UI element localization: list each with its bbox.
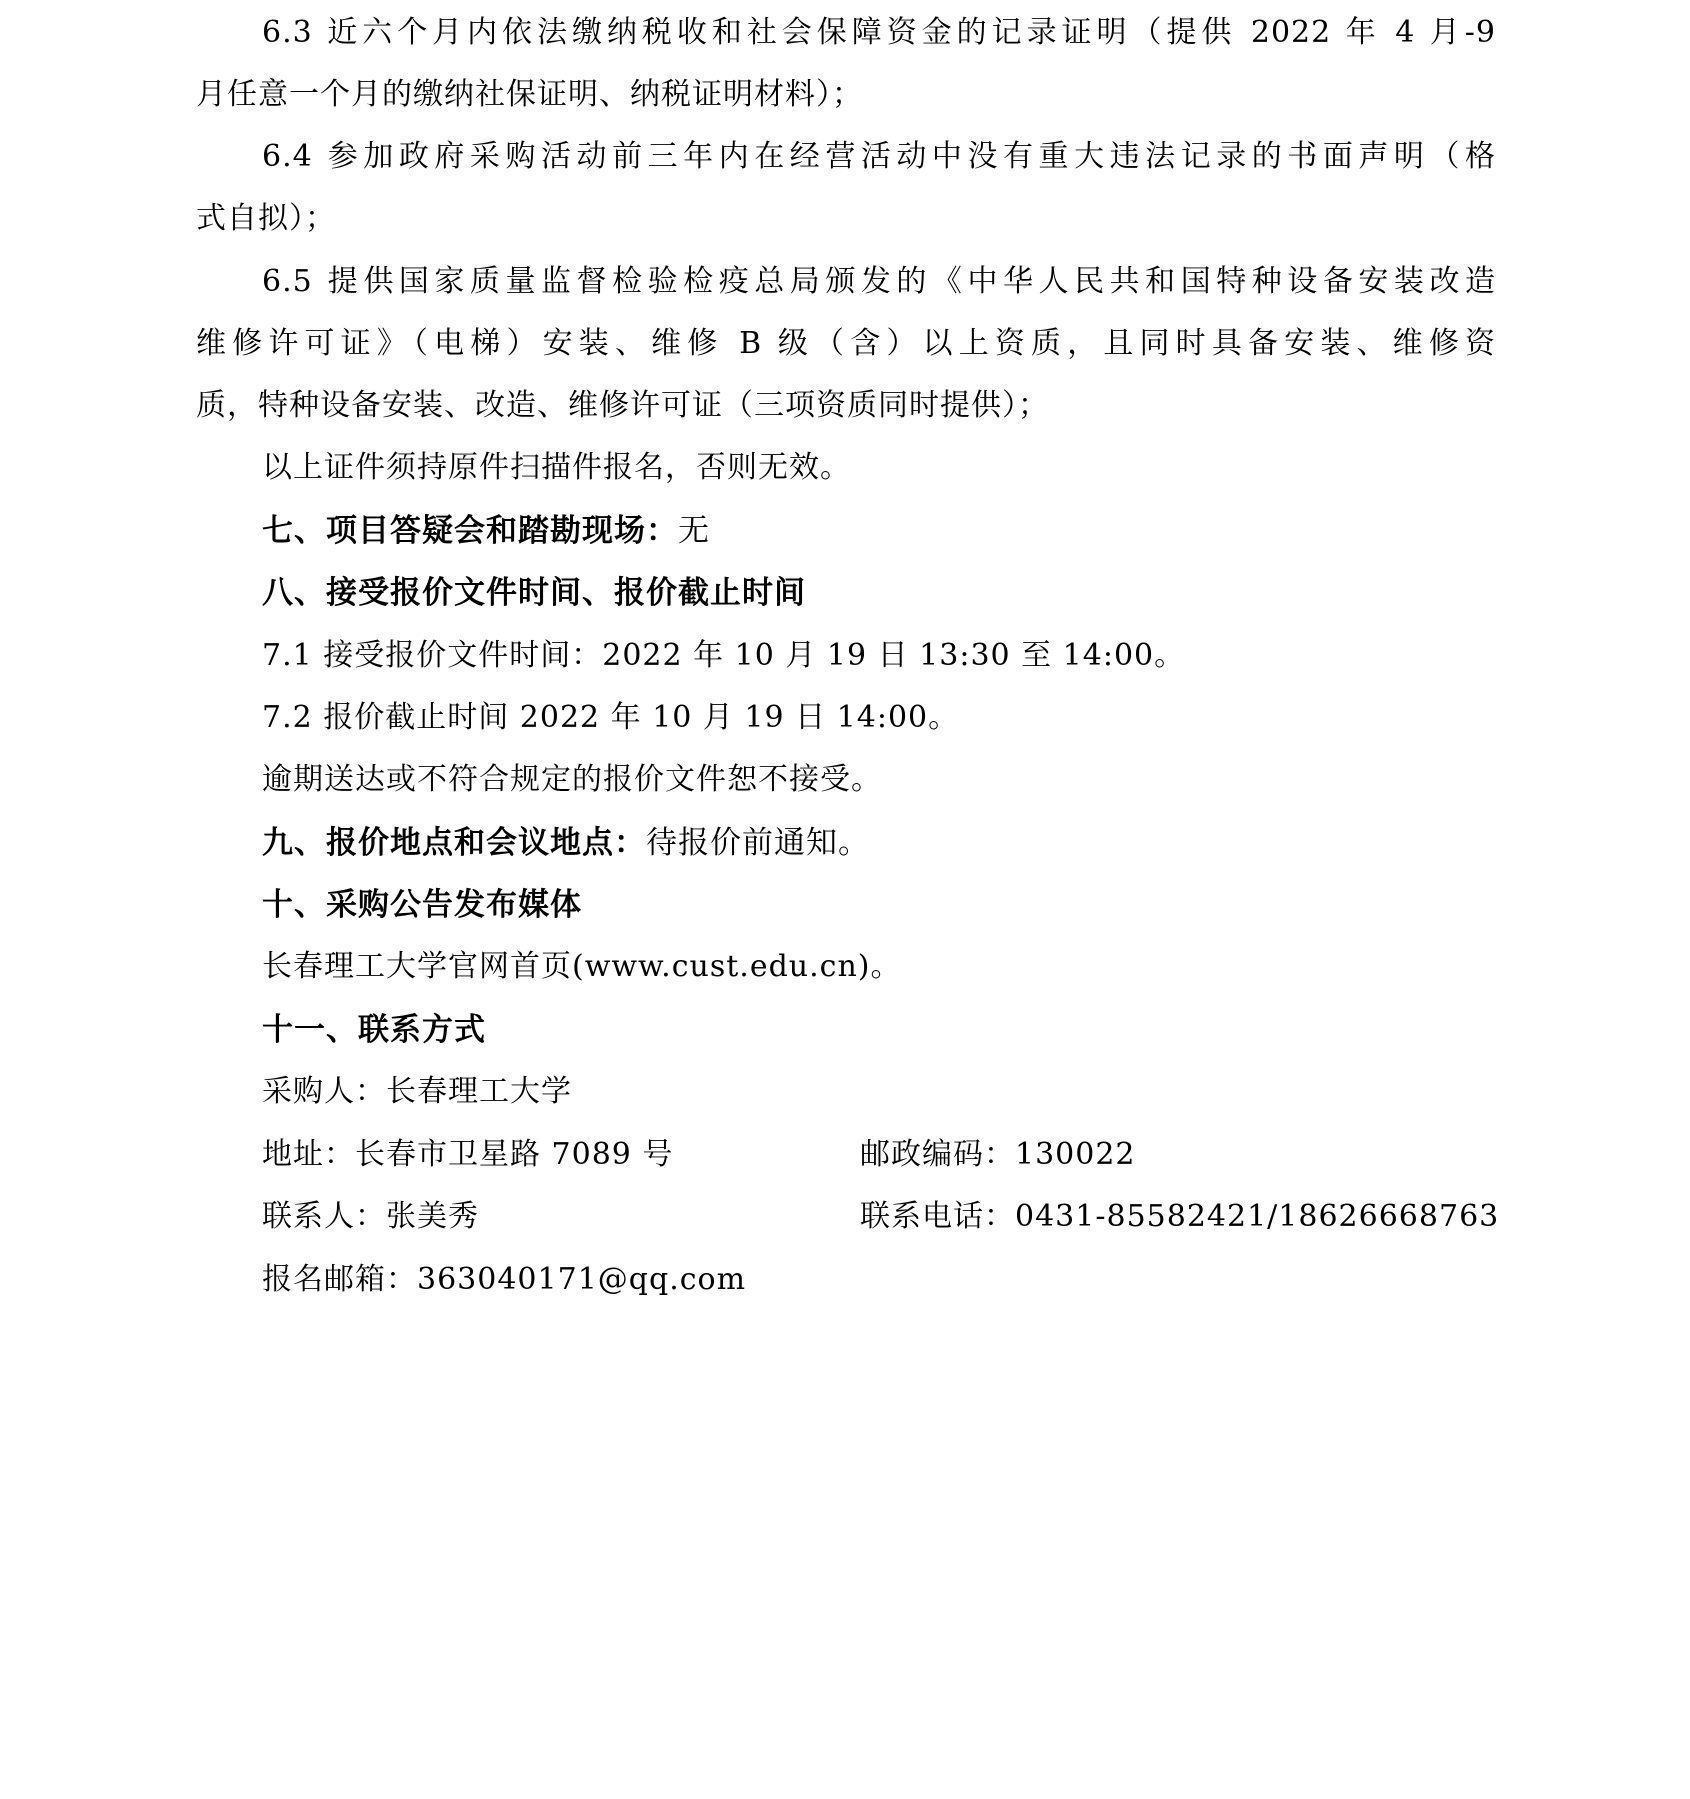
item-7-1: 7.1 接受报价文件时间：2022 年 10 月 19 日 13:30 至 14… (262, 636, 1185, 676)
note-originals: 以上证件须持原件扫描件报名，否则无效。 (262, 448, 851, 488)
item-6-5-line-1: 6.5 提供国家质量监督检验检疫总局颁发的《中华人民共和国特种设备安装改造 (262, 262, 1496, 302)
section-7-heading-line: 七、项目答疑会和踏勘现场：无 (262, 511, 710, 551)
item-6-5-text-1: 6.5 提供国家质量监督检验检疫总局颁发的《中华人民共和国特种设备安装改造 (262, 262, 1496, 302)
section-9-heading: 九、报价地点和会议地点： (262, 825, 646, 861)
contact-phone: 联系电话：0431-85582421/18626668763 (860, 1197, 1499, 1237)
section-9-value: 待报价前通知。 (646, 825, 870, 861)
item-6-4-line-2: 式自拟）； (196, 199, 336, 239)
section-7-value: 无 (678, 513, 710, 549)
postal-code: 邮政编码：130022 (860, 1135, 1136, 1175)
address: 地址：长春市卫星路 7089 号 (262, 1135, 673, 1175)
item-6-5-line-3: 质，特种设备安装、改造、维修许可证（三项资质同时提供）； (196, 386, 1049, 426)
item-7-2: 7.2 报价截止时间 2022 年 10 月 19 日 14:00。 (262, 698, 959, 738)
item-6-5-text-2: 维修许可证》（电梯）安装、维修 B 级（含）以上资质，且同时具备安装、维修资 (196, 324, 1496, 364)
section-8-heading: 八、接受报价文件时间、报价截止时间 (262, 573, 806, 613)
section-7-heading: 七、项目答疑会和踏勘现场： (262, 513, 678, 549)
section-9-heading-line: 九、报价地点和会议地点：待报价前通知。 (262, 823, 870, 863)
item-6-3-text-1: 6.3 近六个月内依法缴纳税收和社会保障资金的记录证明（提供 2022 年 4 … (262, 13, 1496, 53)
publication-media: 长春理工大学官网首页(www.cust.edu.cn)。 (262, 947, 901, 987)
item-6-4-line-1: 6.4 参加政府采购活动前三年内在经营活动中没有重大违法记录的书面声明（格 (262, 137, 1496, 177)
section-11-heading: 十一、联系方式 (262, 1010, 486, 1050)
item-6-5-line-2: 维修许可证》（电梯）安装、维修 B 级（含）以上资质，且同时具备安装、维修资 (196, 324, 1496, 364)
item-6-3-line-1: 6.3 近六个月内依法缴纳税收和社会保障资金的记录证明（提供 2022 年 4 … (262, 13, 1496, 53)
purchaser: 采购人：长春理工大学 (262, 1072, 572, 1112)
section-10-heading: 十、采购公告发布媒体 (262, 885, 582, 925)
item-6-4-text-1: 6.4 参加政府采购活动前三年内在经营活动中没有重大违法记录的书面声明（格 (262, 137, 1496, 177)
note-late-submission: 逾期送达或不符合规定的报价文件恕不接受。 (262, 760, 882, 800)
registration-email: 报名邮箱：363040171@qq.com (262, 1260, 746, 1300)
item-6-3-line-2: 月任意一个月的缴纳社保证明、纳税证明材料）； (196, 75, 863, 115)
contact-person: 联系人：张美秀 (262, 1197, 479, 1237)
